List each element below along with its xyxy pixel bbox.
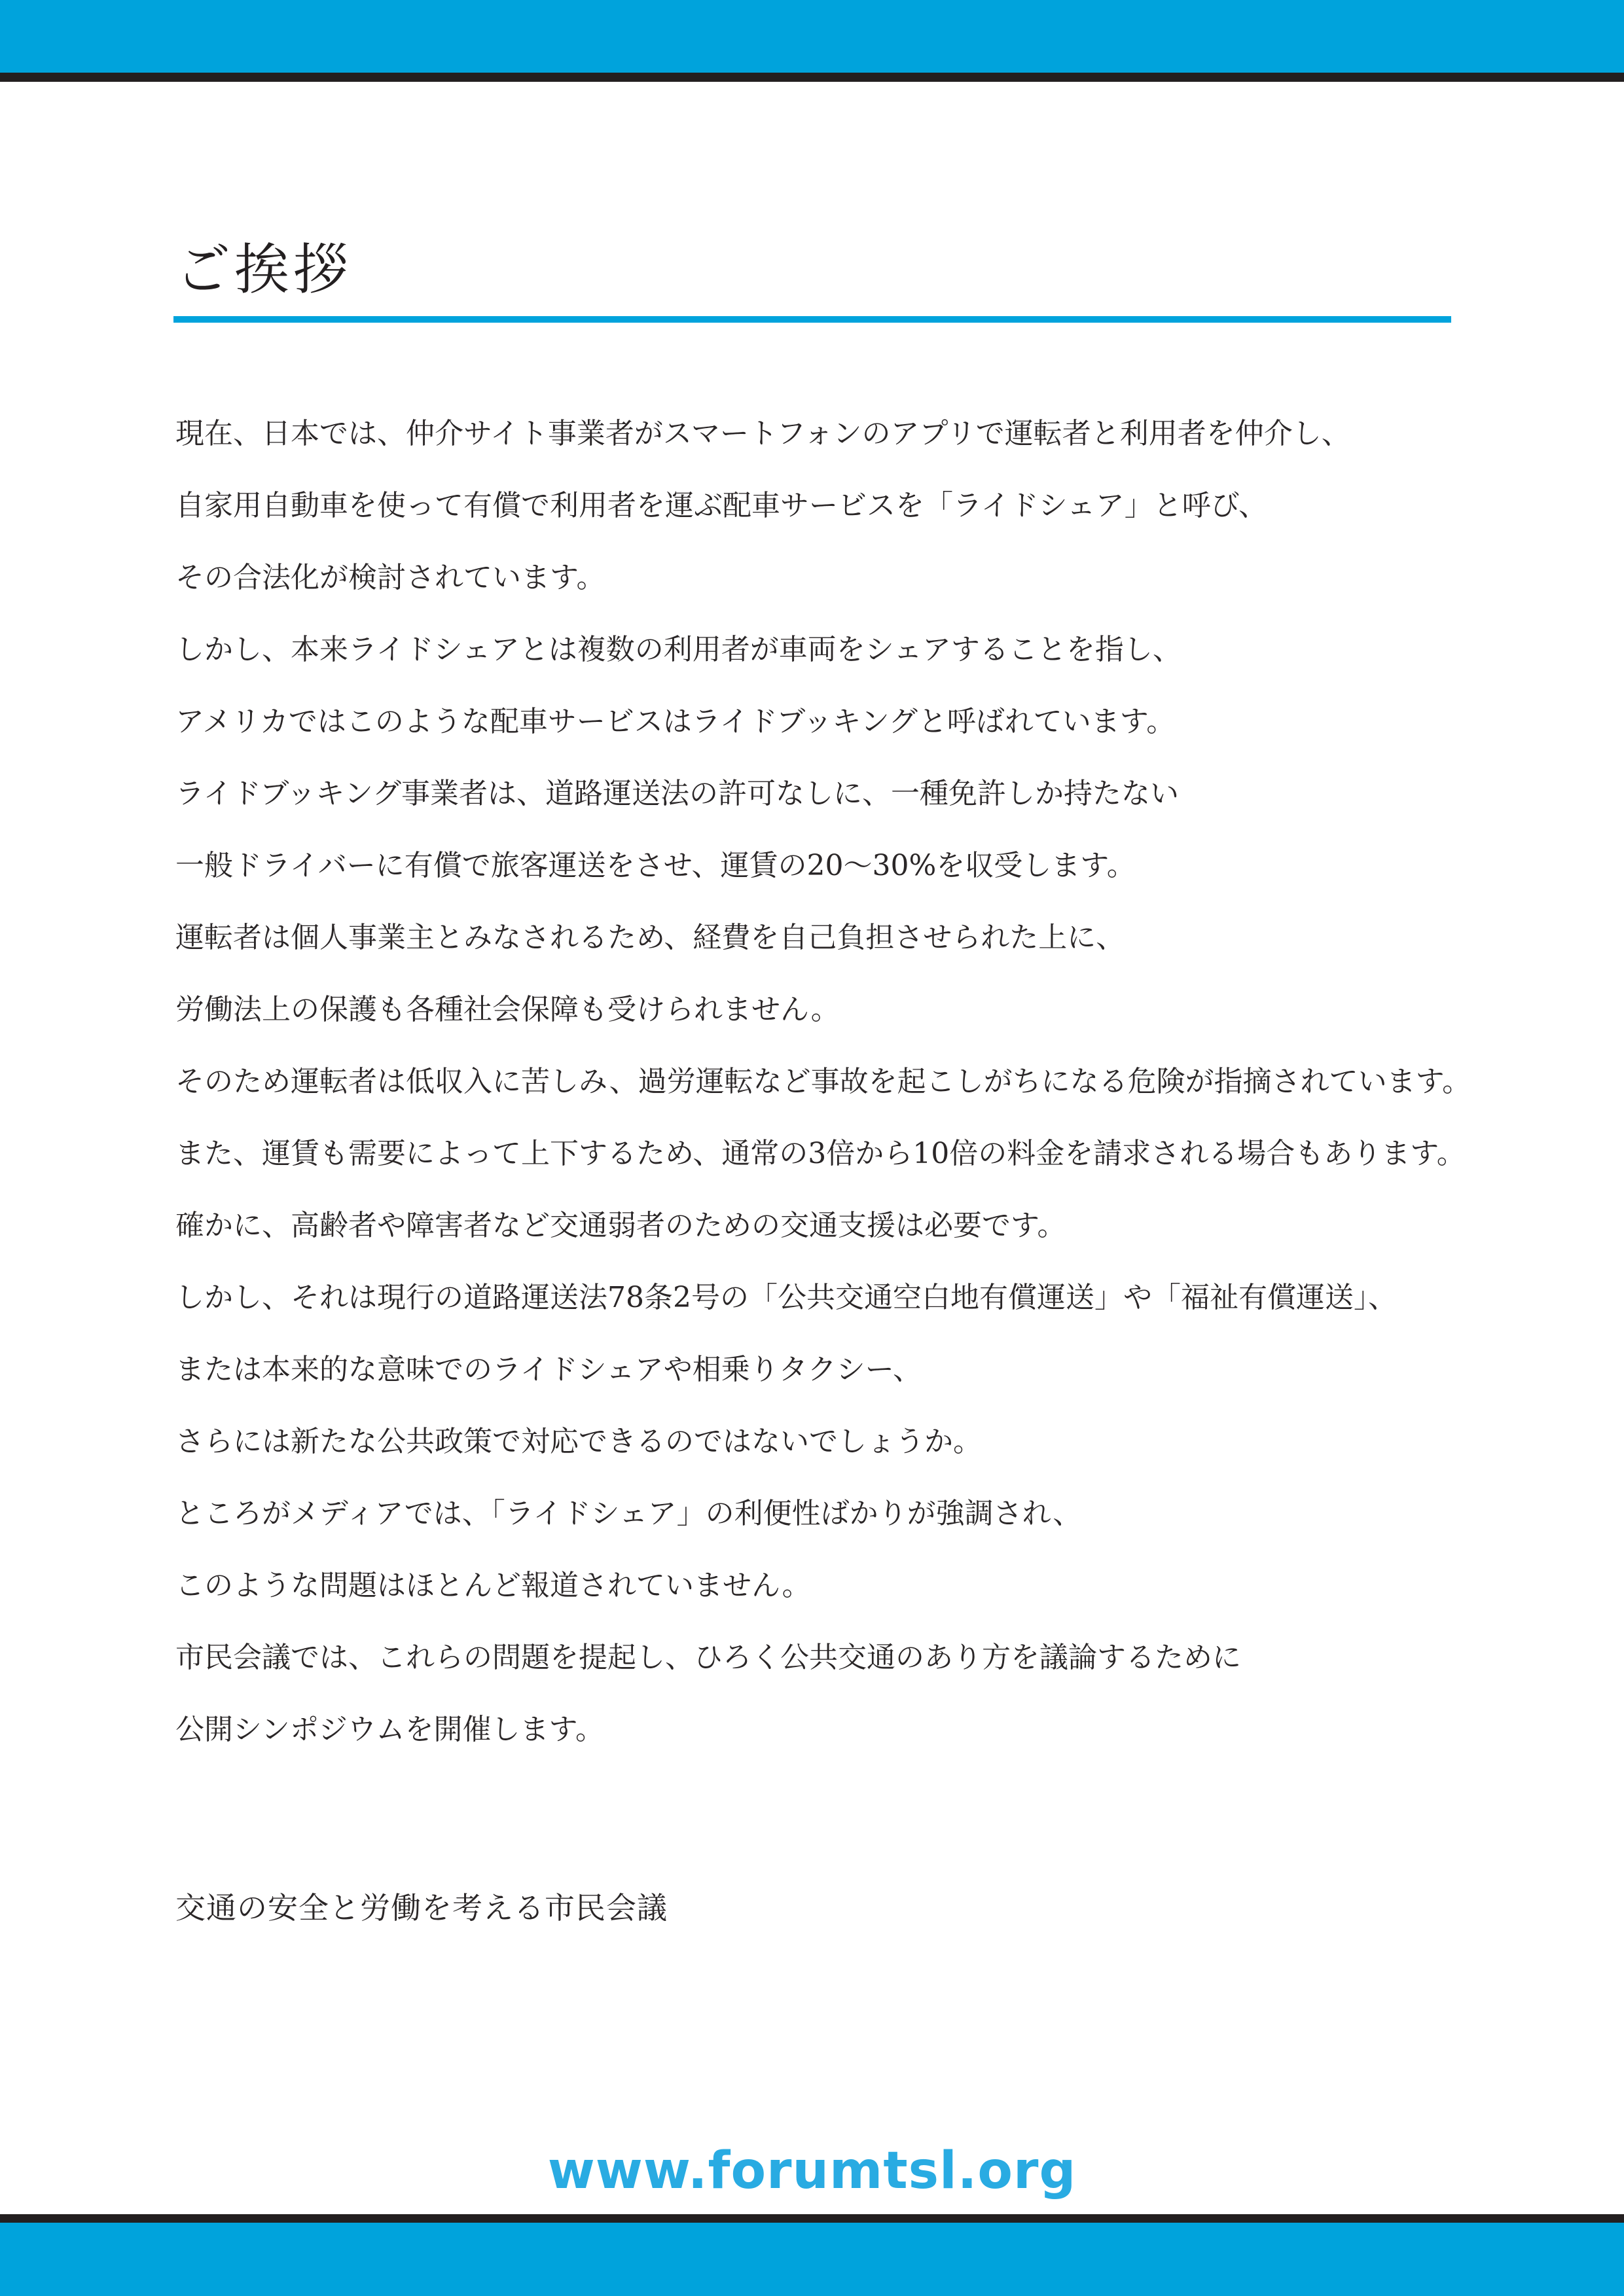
body-line: 公開シンポジウムを開催します。 — [175, 1694, 1471, 1766]
body-line: また、運賃も需要によって上下するため、通常の3倍から10倍の料金を請求される場合… — [175, 1118, 1471, 1190]
body-line: 市民会議では、これらの問題を提起し、ひろく公共交通のあり方を議論するために — [175, 1622, 1471, 1694]
body-line: 運転者は個人事業主とみなされるため、経費を自己負担させられた上に、 — [175, 902, 1471, 974]
body-line: そのため運転者は低収入に苦しみ、過労運転など事故を起こしがちになる危険が指摘され… — [175, 1046, 1471, 1118]
body-line: さらには新たな公共政策で対応できるのではないでしょうか。 — [175, 1406, 1471, 1478]
body-line: その合法化が検討されています。 — [175, 542, 1471, 614]
body-line: 一般ドライバーに有償で旅客運送をさせ、運賃の20～30%を収受します。 — [175, 830, 1471, 902]
body-paragraph: 現在、日本では、仲介サイト事業者がスマートフォンのアプリで運転者と利用者を仲介し… — [175, 398, 1471, 1766]
document-page: ご挨拶 現在、日本では、仲介サイト事業者がスマートフォンのアプリで運転者と利用者… — [0, 0, 1624, 2296]
body-line: しかし、本来ライドシェアとは複数の利用者が車両をシェアすることを指し、 — [175, 614, 1471, 686]
signature-line: 交通の安全と労働を考える市民会議 — [175, 1872, 668, 1944]
page-title: ご挨拶 — [175, 237, 352, 302]
body-line: 自家用自動車を使って有償で利用者を運ぶ配車サービスを「ライドシェア」と呼び、 — [175, 470, 1471, 542]
body-line: 労働法上の保護も各種社会保障も受けられません。 — [175, 974, 1471, 1046]
body-line: 確かに、高齢者や障害者など交通弱者のための交通支援は必要です。 — [175, 1190, 1471, 1262]
body-line: このような問題はほとんど報道されていません。 — [175, 1550, 1471, 1622]
top-blue-banner — [0, 0, 1624, 73]
title-underline-rule — [173, 316, 1451, 323]
body-line: ところがメディアでは、「ライドシェア」の利便性ばかりが強調され、 — [175, 1478, 1471, 1550]
body-line: ライドブッキング事業者は、道路運送法の許可なしに、一種免許しか持たない — [175, 758, 1471, 830]
body-line: アメリカではこのような配車サービスはライドブッキングと呼ばれています。 — [175, 686, 1471, 758]
bottom-blue-banner — [0, 2223, 1624, 2296]
footer-website-url: www.forumtsl.org — [0, 2135, 1624, 2207]
top-black-rule — [0, 73, 1624, 82]
website-link[interactable]: www.forumtsl.org — [548, 2142, 1077, 2200]
bottom-black-rule — [0, 2214, 1624, 2223]
body-line: または本来的な意味でのライドシェアや相乗りタクシー、 — [175, 1334, 1471, 1406]
body-line: 現在、日本では、仲介サイト事業者がスマートフォンのアプリで運転者と利用者を仲介し… — [175, 398, 1471, 470]
body-line: しかし、それは現行の道路運送法78条2号の「公共交通空白地有償運送」や「福祉有償… — [175, 1262, 1471, 1334]
